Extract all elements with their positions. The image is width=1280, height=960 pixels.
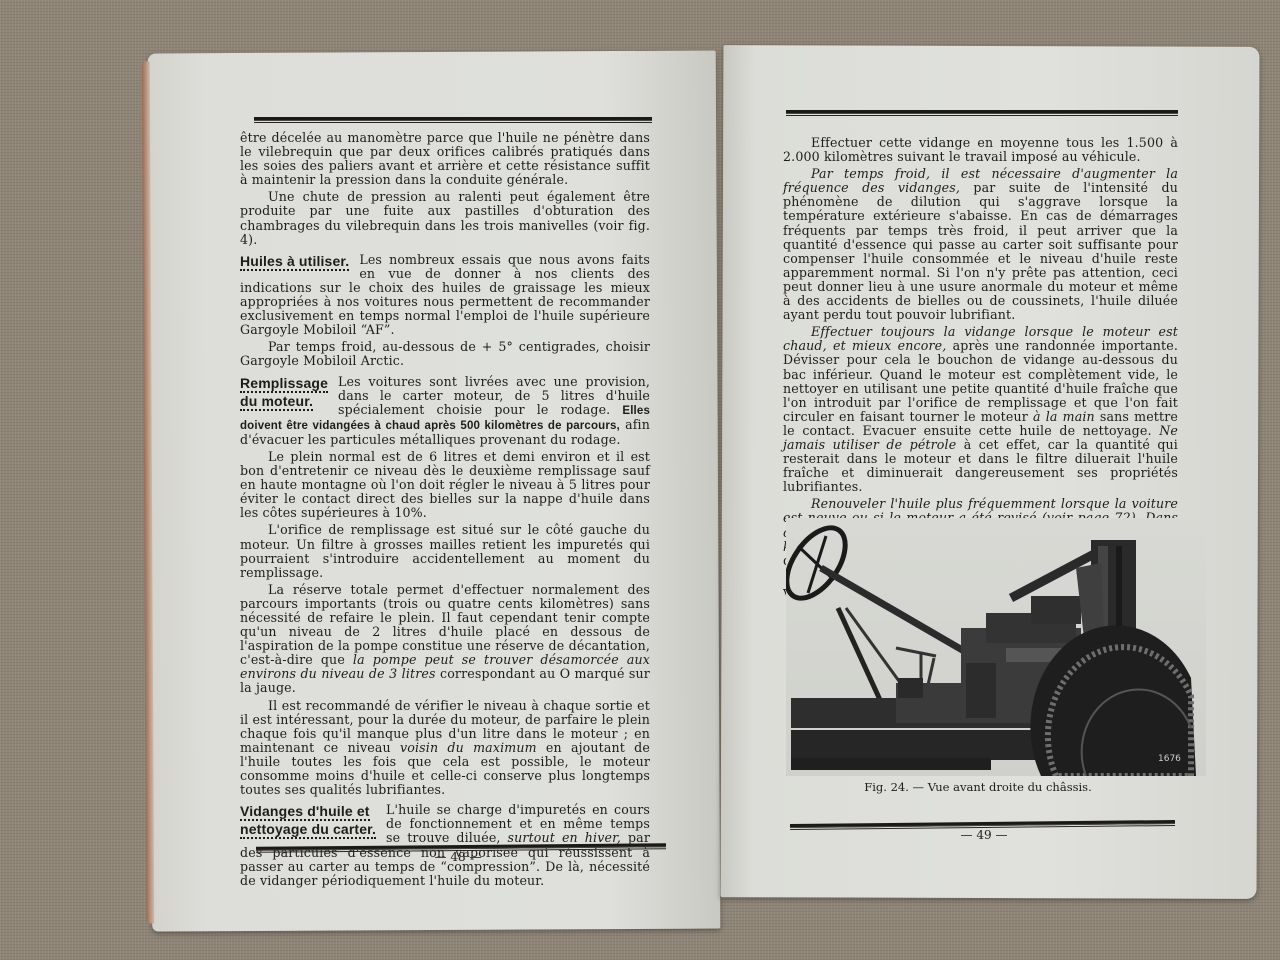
paragraph: être décelée au manomètre parce que l'hu… [240, 131, 650, 187]
paragraph: La réserve totale permet d'effectuer nor… [240, 583, 650, 696]
section-remplissage: Remplissage du moteur. Les voitures sont… [240, 375, 650, 798]
open-book: être décelée au manomètre parce que l'hu… [0, 0, 1280, 960]
right-header-rule [786, 110, 1178, 114]
figure-caption: Fig. 24. — Vue avant droite du châssis. [768, 780, 1188, 794]
section-heading: Huiles à utiliser. [240, 253, 349, 273]
section-heading: Vidanges d'huile et nettoyage du carter. [240, 803, 376, 841]
paragraph: Par temps froid, il est nécessaire d'aug… [783, 167, 1178, 322]
paragraph: L'orifice de remplissage est situé sur l… [240, 523, 650, 579]
paragraph: Il est recommandé de vérifier le niveau … [240, 699, 650, 798]
paragraph: Le plein normal est de 6 litres et demi … [240, 450, 650, 520]
left-page-text: être décelée au manomètre parce que l'hu… [240, 131, 650, 892]
page-number-49: — 49 — [934, 828, 1034, 842]
paragraph: Par temps froid, au-dessous de + 5° cent… [240, 340, 650, 368]
section-heading: Remplissage du moteur. [240, 375, 328, 413]
page-number-48: — 48 — [408, 850, 508, 864]
paragraph: Une chute de pression au ralenti peut ég… [240, 190, 650, 246]
paragraph: Effectuer toujours la vidange lorsque le… [783, 325, 1178, 494]
svg-text:1676: 1676 [1158, 754, 1181, 764]
paragraph: Effectuer cette vidange en moyenne tous … [783, 136, 1178, 164]
section-huiles: Huiles à utiliser. Les nombreux essais q… [240, 253, 650, 369]
chassis-figure: 1676 [786, 518, 1206, 776]
left-header-rule [254, 117, 652, 121]
chassis-illustration-icon: 1676 [786, 518, 1206, 776]
